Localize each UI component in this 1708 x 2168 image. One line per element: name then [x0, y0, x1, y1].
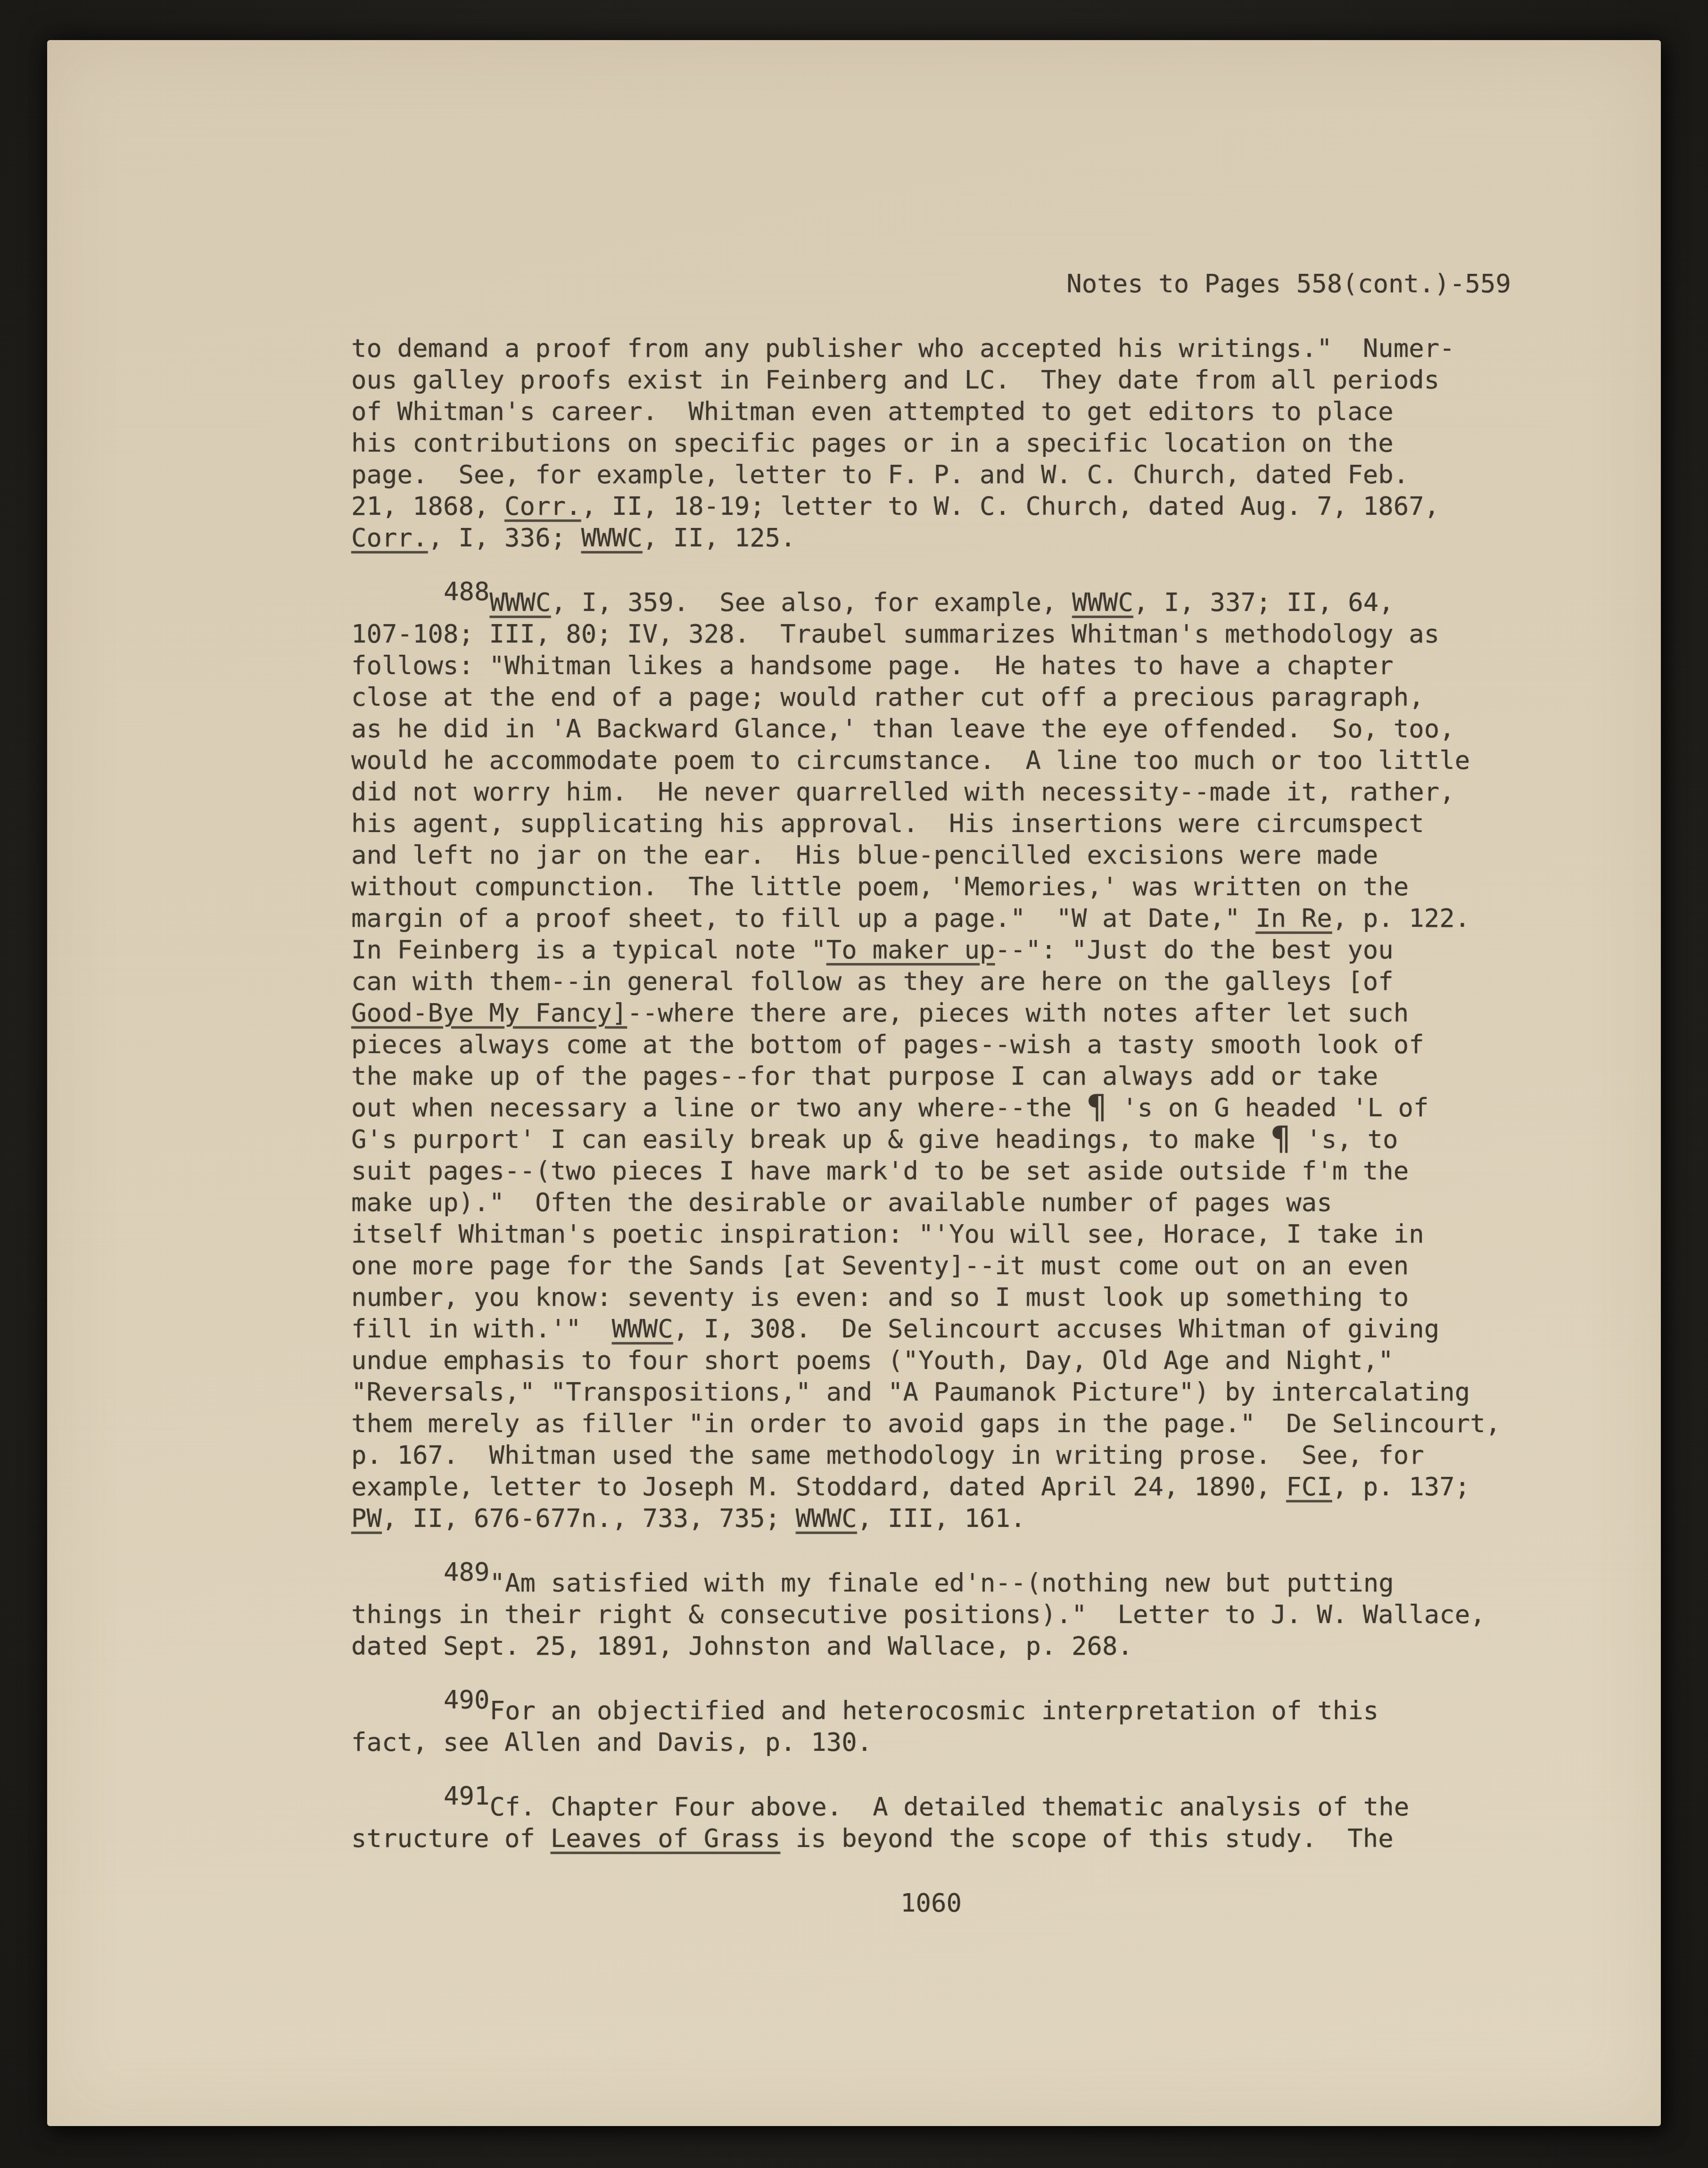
text-line: would he accommodate poem to circumstanc…	[351, 744, 1511, 776]
text-segment: , I, 336;	[428, 523, 581, 552]
text-segment: , II, 676-677n., 733, 735;	[382, 1503, 796, 1533]
text-line: 489"Am satisfied with my finale ed'n--(n…	[351, 1567, 1511, 1599]
text-line: margin of a proof sheet, to fill up a pa…	[351, 902, 1511, 934]
footnote-number: 491	[444, 1781, 490, 1811]
text-segment: them merely as filler "in order to avoid…	[351, 1409, 1501, 1438]
text-line: out when necessary a line or two any whe…	[351, 1092, 1511, 1123]
text-segment: make up)." Often the desirable or availa…	[351, 1187, 1332, 1217]
text-line: 21, 1868, Corr., II, 18-19; letter to W.…	[351, 490, 1511, 522]
text-segment: , I, 337; II, 64,	[1133, 587, 1394, 617]
text-segment: to demand a proof from any publisher who…	[351, 333, 1455, 363]
paragraph: to demand a proof from any publisher who…	[351, 332, 1511, 553]
text-segment: , II, 18-19; letter to W. C. Church, dat…	[581, 491, 1440, 521]
text-segment: 's on G headed 'L of	[1107, 1093, 1429, 1122]
text-segment: dated Sept. 25, 1891, Johnston and Walla…	[351, 1631, 1133, 1661]
text-segment: is beyond the scope of this study. The	[780, 1823, 1393, 1853]
text-segment: , III, 161.	[857, 1503, 1026, 1533]
underlined-text: FCI	[1286, 1472, 1332, 1501]
text-line: PW, II, 676-677n., 733, 735; WWWC, III, …	[351, 1502, 1511, 1534]
text-segment: his contributions on specific pages or i…	[351, 428, 1394, 458]
text-line: 491Cf. Chapter Four above. A detailed th…	[351, 1791, 1511, 1822]
text-line: close at the end of a page; would rather…	[351, 681, 1511, 713]
underlined-text: PW	[351, 1503, 382, 1533]
text-segment: out when necessary a line or two any whe…	[351, 1093, 1087, 1122]
paragraph-mark: ¶	[1087, 1088, 1107, 1126]
text-line: pieces always come at the bottom of page…	[351, 1029, 1511, 1060]
text-segment: things in their right & consecutive posi…	[351, 1599, 1485, 1629]
text-segment: itself Whitman's poetic inspiration: "'Y…	[351, 1219, 1424, 1249]
text-segment: 107-108; III, 80; IV, 328. Traubel summa…	[351, 619, 1439, 649]
text-line: p. 167. Whitman used the same methodolog…	[351, 1439, 1511, 1471]
page-number: 1060	[351, 1887, 1511, 1919]
text-segment: "Am satisfied with my finale ed'n--(noth…	[490, 1568, 1394, 1598]
text-line: fact, see Allen and Davis, p. 130.	[351, 1726, 1511, 1758]
footnote-number: 488	[444, 577, 490, 606]
text-line: In Feinberg is a typical note "To maker …	[351, 934, 1511, 965]
underlined-text: WWWC	[796, 1503, 857, 1533]
text-line: Corr., I, 336; WWWC, II, 125.	[351, 522, 1511, 553]
text-line: of Whitman's career. Whitman even attemp…	[351, 396, 1511, 427]
text-segment: fact, see Allen and Davis, p. 130.	[351, 1727, 872, 1757]
text-line: 107-108; III, 80; IV, 328. Traubel summa…	[351, 618, 1511, 650]
scan-background: { "scan": { "background_color": "#262420…	[0, 0, 1708, 2168]
footnote-number: 489	[444, 1557, 490, 1587]
text-segment: In Feinberg is a typical note "	[351, 935, 826, 964]
text-line: things in their right & consecutive posi…	[351, 1599, 1511, 1630]
text-line: undue emphasis to four short poems ("You…	[351, 1344, 1511, 1376]
text-line: Good-Bye My Fancy]--where there are, pie…	[351, 997, 1511, 1029]
text-segment: pieces always come at the bottom of page…	[351, 1030, 1424, 1059]
text-segment: 's, to	[1291, 1124, 1398, 1154]
text-segment: G's purport' I can easily break up & giv…	[351, 1124, 1271, 1154]
text-segment: 21, 1868,	[351, 491, 504, 521]
underlined-text: WWWC	[581, 523, 643, 552]
text-line: did not worry him. He never quarrelled w…	[351, 776, 1511, 808]
underlined-text: WWWC	[612, 1314, 673, 1344]
text-segment: p. 167. Whitman used the same methodolog…	[351, 1440, 1424, 1470]
text-segment: his agent, supplicating his approval. Hi…	[351, 808, 1424, 838]
paragraph-mark: ¶	[1271, 1119, 1291, 1158]
text-line: without compunction. The little poem, 'M…	[351, 871, 1511, 902]
text-segment: suit pages--(two pieces I have mark'd to…	[351, 1156, 1409, 1186]
text-segment: undue emphasis to four short poems ("You…	[351, 1345, 1394, 1375]
text-line: "Reversals," "Transpositions," and "A Pa…	[351, 1376, 1511, 1408]
text-segment: margin of a proof sheet, to fill up a pa…	[351, 903, 1255, 933]
text-segment: did not worry him. He never quarrelled w…	[351, 777, 1455, 807]
text-segment: Cf. Chapter Four above. A detailed thema…	[490, 1792, 1410, 1822]
footnote-490: 490For an objectified and heterocosmic i…	[351, 1695, 1511, 1758]
underlined-text: Leaves of Grass	[551, 1823, 781, 1853]
text-segment: as he did in 'A Backward Glance,' than l…	[351, 714, 1455, 743]
footnote-488: 488WWWC, I, 359. See also, for example, …	[351, 586, 1511, 1534]
text-segment: can with them--in general follow as they…	[351, 966, 1394, 996]
footnote-489: 489"Am satisfied with my finale ed'n--(n…	[351, 1567, 1511, 1662]
text-line: his contributions on specific pages or i…	[351, 427, 1511, 459]
text-line: the make up of the pages--for that purpo…	[351, 1060, 1511, 1092]
text-segment: , p. 122.	[1332, 903, 1470, 933]
page-header: Notes to Pages 558(cont.)-559	[351, 268, 1511, 299]
text-segment: ous galley proofs exist in Feinberg and …	[351, 365, 1439, 395]
text-segment: , I, 359. See also, for example,	[551, 587, 1072, 617]
underlined-text: Good-Bye My Fancy]	[351, 998, 627, 1028]
text-segment: follows: "Whitman likes a handsome page.…	[351, 651, 1394, 680]
text-line: structure of Leaves of Grass is beyond t…	[351, 1822, 1511, 1854]
text-segment: number, you know: seventy is even: and s…	[351, 1282, 1409, 1312]
text-segment: would he accommodate poem to circumstanc…	[351, 745, 1470, 775]
footnote-491: 491Cf. Chapter Four above. A detailed th…	[351, 1791, 1511, 1854]
text-segment: and left no jar on the ear. His blue-pen…	[351, 840, 1378, 870]
text-segment: --where there are, pieces with notes aft…	[627, 998, 1409, 1028]
text-segment: without compunction. The little poem, 'M…	[351, 872, 1409, 901]
text-line: dated Sept. 25, 1891, Johnston and Walla…	[351, 1630, 1511, 1662]
text-line: as he did in 'A Backward Glance,' than l…	[351, 713, 1511, 744]
underlined-text: Corr.	[504, 491, 581, 521]
text-line: suit pages--(two pieces I have mark'd to…	[351, 1155, 1511, 1187]
page-content: Notes to Pages 558(cont.)-559 to demand …	[351, 268, 1511, 1919]
text-line: 488WWWC, I, 359. See also, for example, …	[351, 586, 1511, 618]
text-segment: structure of	[351, 1823, 551, 1853]
underlined-text: WWWC	[1072, 587, 1133, 617]
text-segment: , I, 308. De Selincourt accuses Whitman …	[673, 1314, 1440, 1344]
text-line: them merely as filler "in order to avoid…	[351, 1408, 1511, 1439]
text-line: and left no jar on the ear. His blue-pen…	[351, 839, 1511, 871]
text-segment: , p. 137;	[1332, 1472, 1470, 1501]
underlined-text: In Re	[1255, 903, 1332, 933]
text-line: his agent, supplicating his approval. Hi…	[351, 808, 1511, 839]
text-line: follows: "Whitman likes a handsome page.…	[351, 650, 1511, 681]
text-segment: close at the end of a page; would rather…	[351, 682, 1424, 712]
text-line: page. See, for example, letter to F. P. …	[351, 459, 1511, 490]
text-segment: example, letter to Joseph M. Stoddard, d…	[351, 1472, 1286, 1501]
document-body: to demand a proof from any publisher who…	[351, 332, 1511, 1854]
text-segment: "Reversals," "Transpositions," and "A Pa…	[351, 1377, 1470, 1407]
text-line: make up)." Often the desirable or availa…	[351, 1187, 1511, 1218]
text-line: ous galley proofs exist in Feinberg and …	[351, 364, 1511, 396]
text-segment: --": "Just do the best you	[995, 935, 1393, 964]
text-line: 490For an objectified and heterocosmic i…	[351, 1695, 1511, 1726]
text-segment: of Whitman's career. Whitman even attemp…	[351, 396, 1394, 426]
text-line: to demand a proof from any publisher who…	[351, 332, 1511, 364]
text-line: example, letter to Joseph M. Stoddard, d…	[351, 1471, 1511, 1502]
text-segment: , II, 125.	[643, 523, 796, 552]
underlined-text: Corr.	[351, 523, 428, 552]
text-segment: For an objectified and heterocosmic inte…	[490, 1696, 1379, 1725]
scanned-page: Notes to Pages 558(cont.)-559 to demand …	[47, 40, 1661, 2126]
text-line: number, you know: seventy is even: and s…	[351, 1281, 1511, 1313]
text-segment: one more page for the Sands [at Seventy]…	[351, 1251, 1409, 1280]
text-segment: fill in with.'"	[351, 1314, 612, 1344]
text-segment: page. See, for example, letter to F. P. …	[351, 460, 1409, 489]
text-line: fill in with.'" WWWC, I, 308. De Selinco…	[351, 1313, 1511, 1344]
text-line: one more page for the Sands [at Seventy]…	[351, 1250, 1511, 1281]
text-segment: the make up of the pages--for that purpo…	[351, 1061, 1378, 1091]
text-line: can with them--in general follow as they…	[351, 965, 1511, 997]
underlined-text: To maker up	[826, 935, 995, 964]
text-line: itself Whitman's poetic inspiration: "'Y…	[351, 1218, 1511, 1250]
text-line: G's purport' I can easily break up & giv…	[351, 1123, 1511, 1155]
footnote-number: 490	[444, 1685, 490, 1715]
underlined-text: WWWC	[490, 587, 551, 617]
